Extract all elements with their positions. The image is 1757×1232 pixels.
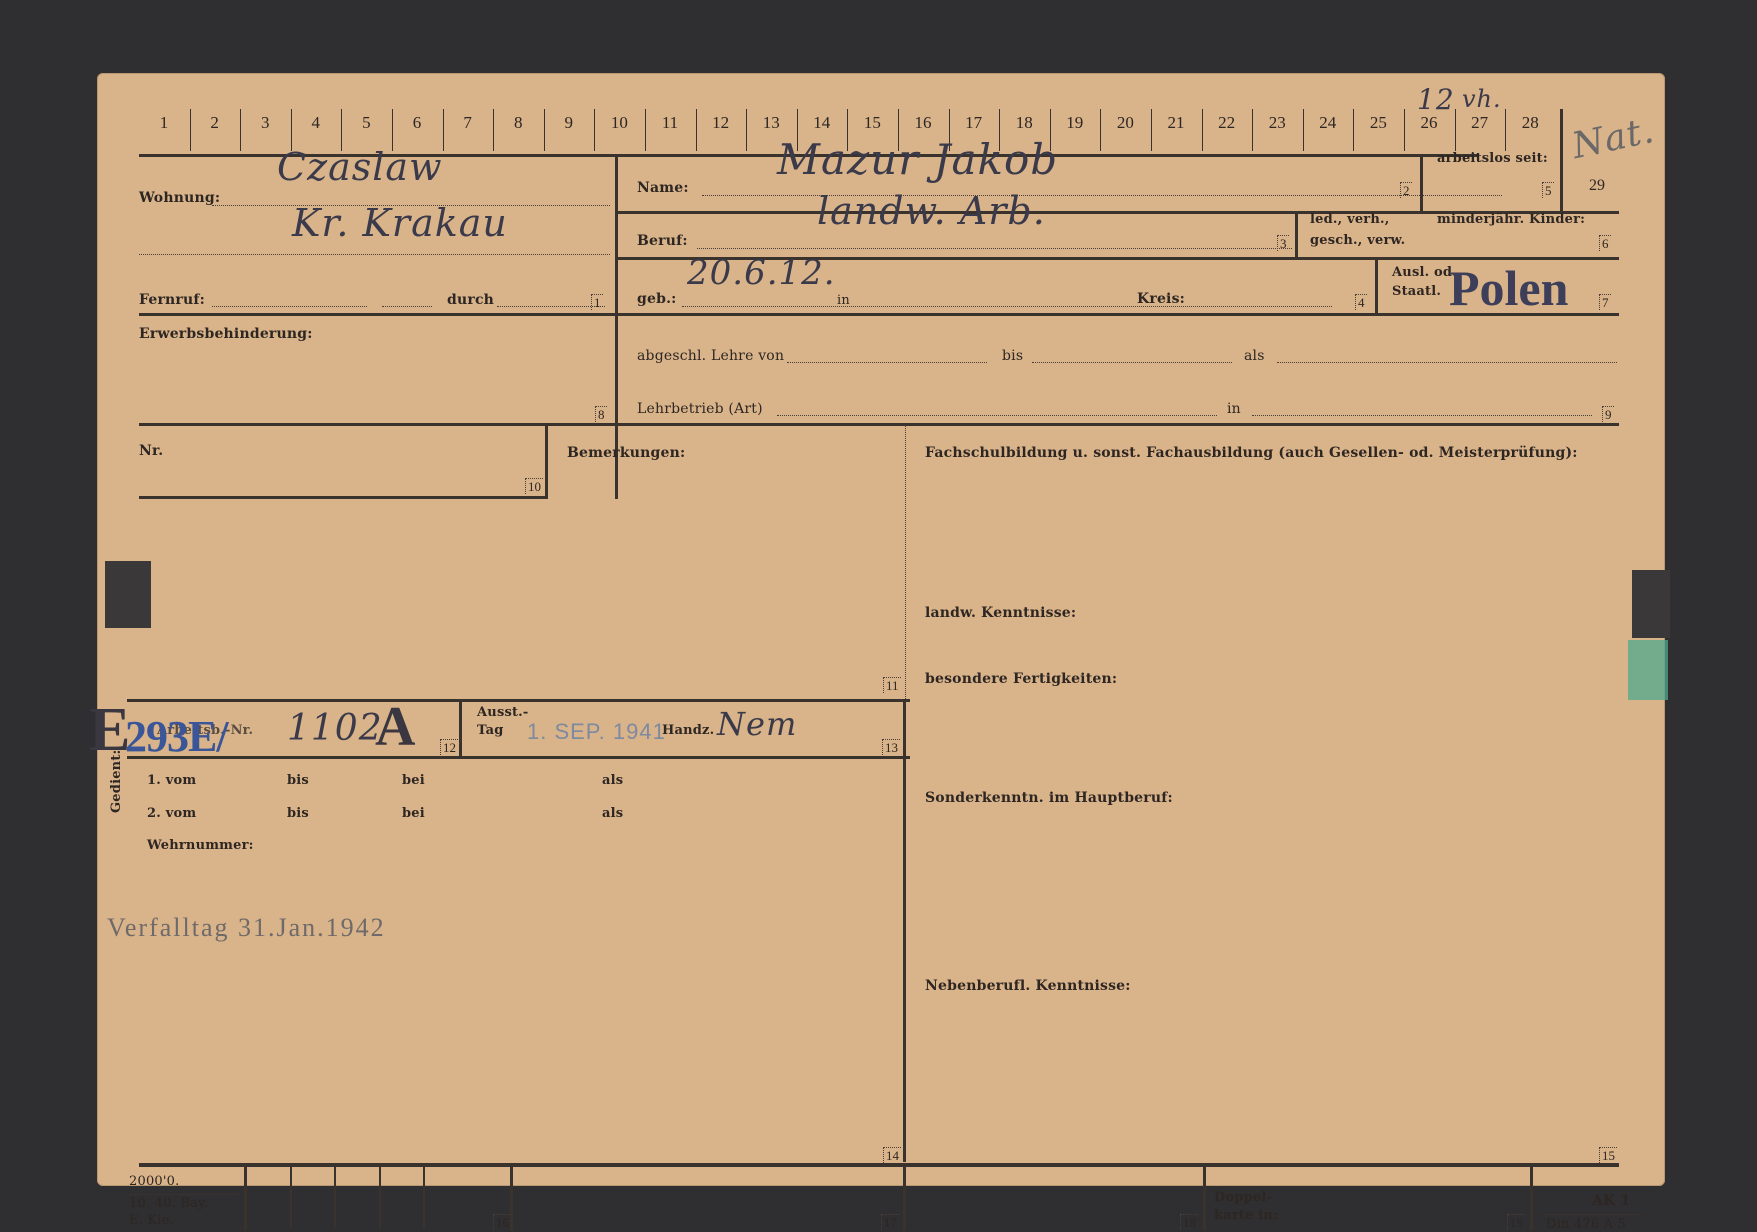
ruler-tick bbox=[1252, 109, 1253, 151]
ruler-number-9: 9 bbox=[547, 113, 591, 133]
divider-arbeitsbuch-top bbox=[127, 699, 910, 702]
box-11: 11 bbox=[883, 677, 901, 693]
ruler-tick bbox=[1303, 109, 1304, 151]
beruf-label: Beruf: bbox=[637, 233, 688, 249]
box-4: 4 bbox=[1355, 294, 1367, 310]
ruler-number-27: 27 bbox=[1458, 113, 1502, 133]
staat-stamp: Polen bbox=[1449, 259, 1568, 317]
ruler-number-19: 19 bbox=[1053, 113, 1097, 133]
fachschul-label: Fachschulbildung u. sonst. Fachausbildun… bbox=[925, 445, 1578, 461]
arbeitslos-label: arbeitslos seit: bbox=[1437, 151, 1548, 166]
geb-line bbox=[682, 306, 1332, 307]
divider-arbeitsbuch-bottom bbox=[127, 756, 910, 759]
doppelkarte-label2: karte in: bbox=[1214, 1208, 1278, 1223]
handz-label: Handz. bbox=[662, 723, 714, 738]
gedient-row-2-bis: bis bbox=[287, 806, 309, 821]
ruler-number-7: 7 bbox=[446, 113, 490, 133]
lehre-als-line bbox=[1277, 362, 1617, 363]
ruler-tick bbox=[1100, 109, 1101, 151]
ruler-tick bbox=[240, 109, 241, 151]
gedient-row-1-vom: 1. vom bbox=[147, 773, 196, 788]
ruler-number-2: 2 bbox=[193, 113, 237, 133]
handz-value: Nem bbox=[717, 705, 797, 743]
beruf-line bbox=[697, 248, 1292, 249]
nr-label: Nr. bbox=[139, 443, 163, 459]
bottom-col-4 bbox=[1203, 1167, 1206, 1231]
left-block-right-border bbox=[903, 699, 906, 1162]
geb-in-label: in bbox=[837, 293, 850, 308]
ruler-number-26: 26 bbox=[1407, 113, 1451, 133]
bottom-divider bbox=[139, 1163, 1619, 1167]
ruler-number-13: 13 bbox=[749, 113, 793, 133]
geb-label: geb.: bbox=[637, 291, 677, 307]
field-29-divider bbox=[1560, 109, 1563, 211]
gedient-row-2-bei: bei bbox=[402, 806, 425, 821]
ruler-handwriting-27: vh. bbox=[1462, 85, 1502, 113]
print-code-rule bbox=[129, 1194, 239, 1195]
ruler-tick bbox=[443, 109, 444, 151]
box-17: 17 bbox=[881, 1214, 899, 1230]
ruler-number-17: 17 bbox=[952, 113, 996, 133]
box-9: 9 bbox=[1602, 406, 1614, 422]
bottom-col-thin-4 bbox=[423, 1167, 425, 1229]
besondere-fertigkeiten-label: besondere Fertigkeiten: bbox=[925, 671, 1117, 687]
ruler-number-12: 12 bbox=[699, 113, 743, 133]
bottom-col-thin-1 bbox=[290, 1167, 292, 1229]
familienstand-line2: gesch., verw. bbox=[1310, 233, 1405, 248]
beruf-value: landw. Arb. bbox=[817, 189, 1046, 233]
divider-row4 bbox=[139, 423, 1619, 426]
gedient-row-1-bei: bei bbox=[402, 773, 425, 788]
ruler-tick bbox=[1455, 109, 1456, 151]
form-id-rule bbox=[1542, 1214, 1642, 1215]
lehrbetrieb-label: Lehrbetrieb (Art) bbox=[637, 401, 763, 417]
ruler-number-11: 11 bbox=[648, 113, 692, 133]
ruler-tick bbox=[1353, 109, 1354, 151]
geb-value: 20.6.12. bbox=[687, 253, 836, 293]
lehre-bis-label: bis bbox=[1002, 348, 1023, 364]
din-label: Din 476 A 5 bbox=[1546, 1217, 1626, 1232]
bottom-col-5 bbox=[1530, 1167, 1533, 1231]
ruler-tick bbox=[1404, 109, 1405, 151]
box-5: 5 bbox=[1542, 182, 1554, 198]
fernruf-label: Fernruf: bbox=[139, 292, 205, 308]
ruler-handwriting-26: 12 bbox=[1417, 83, 1455, 116]
fernruf-line2 bbox=[382, 306, 432, 307]
box-10: 10 bbox=[525, 478, 543, 494]
nr-right-border bbox=[545, 423, 548, 499]
ruler-number-6: 6 bbox=[395, 113, 439, 133]
ruler-tick bbox=[696, 109, 697, 151]
bottom-col-1 bbox=[244, 1163, 247, 1231]
ruler-tick bbox=[1151, 109, 1152, 151]
verfalltag-stamp: Verfalltag 31.Jan.1942 bbox=[107, 913, 386, 943]
print-code-2: 10. 40. Bay. bbox=[129, 1196, 208, 1211]
gedient-row-1-bis: bis bbox=[287, 773, 309, 788]
familienstand-line1: led., verh., bbox=[1310, 212, 1389, 227]
arbeitslos-divider bbox=[1420, 154, 1423, 211]
ruler-tick bbox=[1202, 109, 1203, 151]
ruler-number-1: 1 bbox=[142, 113, 186, 133]
ruler-tick bbox=[746, 109, 747, 151]
print-code-1: 2000'0. bbox=[129, 1174, 179, 1189]
ruler-number-4: 4 bbox=[294, 113, 338, 133]
ruler-number-8: 8 bbox=[496, 113, 540, 133]
bottom-col-3 bbox=[903, 1163, 906, 1231]
ausstellung-label2: Tag bbox=[477, 723, 504, 738]
ruler-number-16: 16 bbox=[901, 113, 945, 133]
lehre-als-label: als bbox=[1244, 348, 1265, 364]
form-id: AK 1 bbox=[1592, 1193, 1630, 1209]
staat-label2: Staatl. bbox=[1392, 284, 1441, 299]
box-2: 2 bbox=[1400, 182, 1412, 198]
green-marker-tab bbox=[1628, 640, 1668, 700]
ruler-tick bbox=[594, 109, 595, 151]
name-value: Mazur Jakob bbox=[777, 135, 1058, 184]
bottom-col-thin-3 bbox=[379, 1167, 381, 1229]
beruf-divider bbox=[1295, 211, 1298, 257]
registration-card: 1234567891011121314151617181920212223242… bbox=[97, 73, 1665, 1186]
gedient-row-1-als: als bbox=[602, 773, 623, 788]
name-label: Name: bbox=[637, 180, 689, 196]
ruler-number-23: 23 bbox=[1255, 113, 1299, 133]
ruler-number-22: 22 bbox=[1205, 113, 1249, 133]
lehrbetrieb-in-line bbox=[1252, 415, 1592, 416]
index-tab-left bbox=[105, 561, 151, 628]
lehrbetrieb-line bbox=[777, 415, 1217, 416]
staat-label1: Ausl. od. bbox=[1392, 265, 1457, 280]
box-8: 8 bbox=[595, 406, 607, 422]
ruler-number-3: 3 bbox=[243, 113, 287, 133]
ruler-number-15: 15 bbox=[850, 113, 894, 133]
ruler-tick bbox=[645, 109, 646, 151]
arbeitsbuch-divider bbox=[459, 699, 462, 756]
ruler-number-25: 25 bbox=[1356, 113, 1400, 133]
fernruf-line bbox=[212, 306, 367, 307]
arbeitsbuch-stamp-number: 293E/ bbox=[125, 711, 228, 762]
wehrnummer-label: Wehrnummer: bbox=[147, 838, 254, 853]
box-16: 16 bbox=[493, 1214, 511, 1230]
box-14: 14 bbox=[883, 1147, 901, 1163]
ausstellung-date-stamp: 1. SEP. 1941 bbox=[527, 719, 666, 745]
sonderkenntn-label: Sonderkenntn. im Hauptberuf: bbox=[925, 790, 1173, 806]
box-18: 18 bbox=[1180, 1214, 1198, 1230]
durch-line bbox=[497, 306, 605, 307]
ruler-number-24: 24 bbox=[1306, 113, 1350, 133]
ruler-number-14: 14 bbox=[800, 113, 844, 133]
box-12: 12 bbox=[440, 739, 458, 755]
box-1: 1 bbox=[591, 294, 603, 310]
lehre-label: abgeschl. Lehre von bbox=[637, 348, 784, 364]
arbeitsbuch-handwritten: 1102 bbox=[287, 708, 383, 749]
kreis-label: Kreis: bbox=[1137, 291, 1185, 307]
erwerbsbehinderung-label: Erwerbsbehinderung: bbox=[139, 326, 313, 342]
staat-divider bbox=[1375, 257, 1378, 313]
box-3: 3 bbox=[1277, 235, 1289, 251]
box-6: 6 bbox=[1599, 235, 1611, 251]
index-tab-right bbox=[1632, 570, 1670, 638]
wohnung-label: Wohnung: bbox=[139, 190, 220, 206]
divider-row3 bbox=[139, 313, 1619, 316]
box-7: 7 bbox=[1599, 294, 1611, 310]
lehrbetrieb-in-label: in bbox=[1227, 401, 1241, 417]
ruler-tick bbox=[190, 109, 191, 151]
ruler-number-20: 20 bbox=[1103, 113, 1147, 133]
doppelkarte-label1: Doppel- bbox=[1214, 1190, 1272, 1205]
bottom-col-thin-2 bbox=[334, 1167, 336, 1229]
nebenberufl-label: Nebenberufl. Kenntnisse: bbox=[925, 978, 1131, 994]
wohnung-line2 bbox=[139, 254, 610, 255]
gedient-label: Gedient: bbox=[109, 749, 124, 813]
box-15: 15 bbox=[1599, 1147, 1617, 1163]
landw-kenntnisse-label: landw. Kenntnisse: bbox=[925, 605, 1076, 621]
gedient-row-2-als: als bbox=[602, 806, 623, 821]
kinder-label: minderjähr. Kinder: bbox=[1437, 212, 1585, 227]
ausstellung-label1: Ausst.- bbox=[477, 705, 529, 720]
arbeitsbuch-stamp-suffix: A bbox=[375, 695, 415, 759]
gedient-row-2-vom: 2. vom bbox=[147, 806, 196, 821]
ruler-tick bbox=[493, 109, 494, 151]
ruler-tick bbox=[1505, 109, 1506, 151]
ruler-number-28: 28 bbox=[1508, 113, 1552, 133]
lehre-von-line bbox=[787, 362, 987, 363]
corner-handwriting: Nat. bbox=[1569, 110, 1659, 167]
lehre-bis-line bbox=[1032, 362, 1232, 363]
wohnung-value-line2: Kr. Krakau bbox=[292, 201, 508, 245]
box-19: 19 bbox=[1507, 1214, 1525, 1230]
ruler-number-5: 5 bbox=[344, 113, 388, 133]
bemerkungen-label: Bemerkungen: bbox=[567, 445, 685, 461]
print-code-3: E. Kie. bbox=[129, 1213, 174, 1228]
field-29: 29 bbox=[1589, 177, 1605, 195]
ruler-number-21: 21 bbox=[1154, 113, 1198, 133]
wohnung-value-line1: Czaslaw bbox=[277, 145, 443, 189]
durch-label: durch bbox=[447, 292, 494, 308]
ruler-tick bbox=[544, 109, 545, 151]
box-13: 13 bbox=[882, 739, 900, 755]
ruler-number-18: 18 bbox=[1002, 113, 1046, 133]
nr-bottom-border bbox=[139, 496, 548, 499]
ruler-number-10: 10 bbox=[597, 113, 641, 133]
